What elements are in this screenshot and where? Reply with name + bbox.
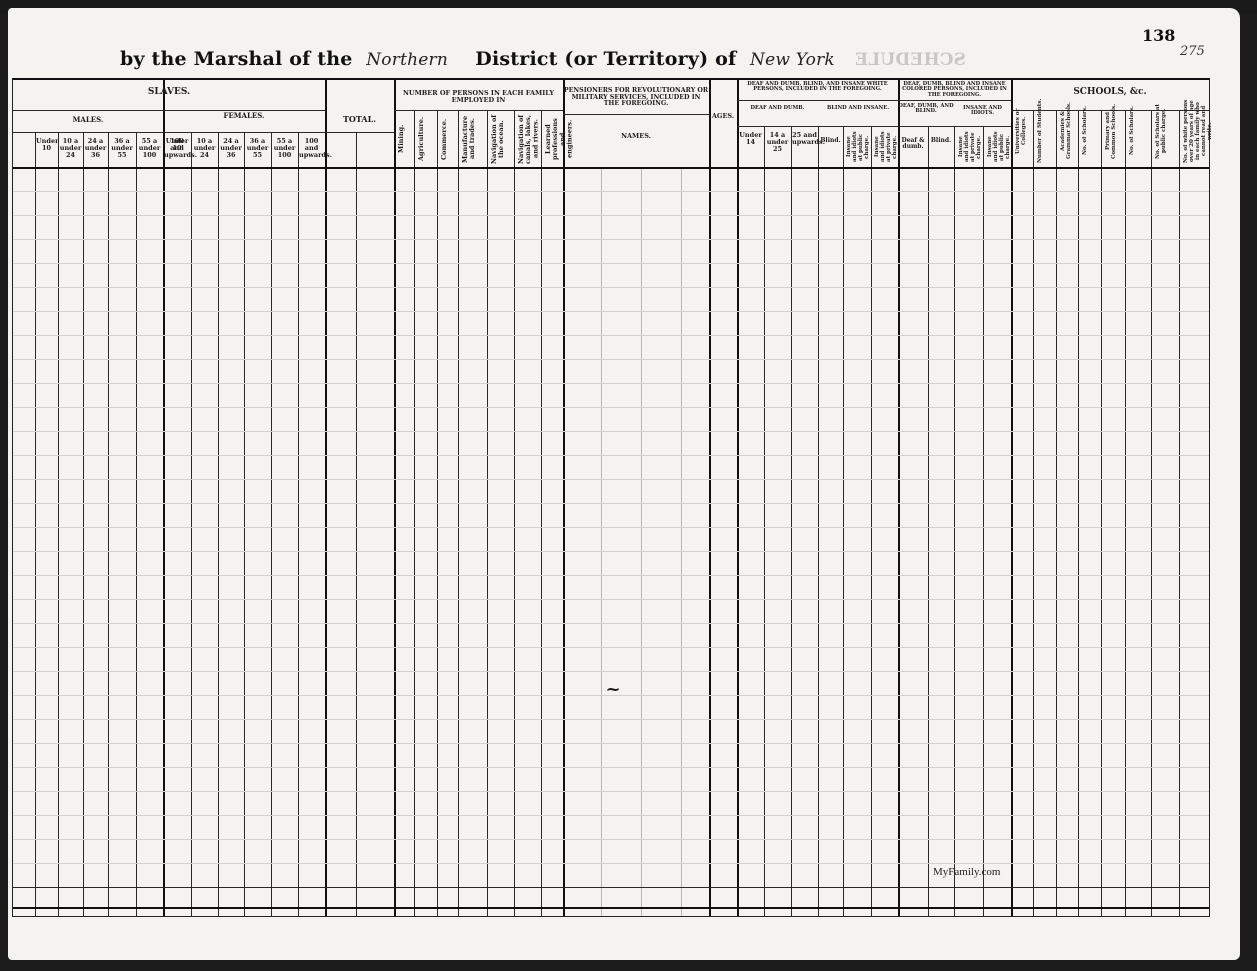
row-ruling [13,407,1209,408]
row-ruling [13,383,1209,384]
row-ruling [13,839,1209,840]
column-divider [541,110,542,916]
employed-col-header: Manufacture and trades. [462,114,485,164]
column-divider [928,126,929,916]
insane-col-header: Insane and idiots at private charge. [874,130,895,164]
row-ruling [13,791,1209,792]
column-divider [437,110,438,916]
header-rule [13,132,325,133]
page-margin [8,924,1240,960]
male-age-col-header: Under 10 [36,138,57,152]
employed-col-header: Agriculture. [418,114,435,164]
row-ruling [13,311,1209,312]
column-divider [1125,110,1126,916]
column-divider [356,132,357,916]
page-number-handwritten: 275 [1180,44,1205,59]
row-ruling [13,815,1209,816]
male-age-col-header: 36 a under 55 [109,138,135,158]
row-ruling [13,239,1209,240]
header-rule [13,110,325,111]
school-col-header: Universities or Colleges. [1015,98,1031,164]
district-handwritten: Northern [366,50,448,70]
column-divider [136,132,137,916]
column-divider [818,126,819,916]
row-ruling [13,719,1209,720]
deaf-age-col-header: 25 and upwards. [792,132,817,146]
column-divider [1056,110,1057,916]
school-col-header: No. of white persons over 20 years of ag… [1183,98,1207,164]
header-rule [394,110,563,111]
deaf-white-header: DEAF AND DUMB, BLIND, AND INSANE WHITE P… [737,82,898,93]
deaf-age-col-header: Under 14 [738,132,763,146]
ages-header: AGES. [709,113,737,120]
row-ruling [13,191,1209,192]
column-divider [35,132,36,916]
slaves-header: SLAVES. [13,88,325,97]
row-ruling [13,551,1209,552]
male-age-col-header: 100 and upwards. [164,138,190,158]
row-ruling [13,767,1209,768]
header-bottom-rule [13,167,1209,169]
ghost-heading: SCHEDULE [855,50,966,70]
table-bottom-rule [13,907,1209,909]
employed-col-header: Learned professions and engineers. [545,114,561,164]
school-col-header: Primary and Common Schools. [1105,98,1123,164]
column-divider [1033,110,1034,916]
column-divider [244,132,245,916]
row-ruling [13,743,1209,744]
row-ruling [13,863,1209,864]
column-divider [271,132,272,916]
deaf-colored-header: DEAF, DUMB, BLIND AND INSANE COLORED PER… [898,82,1011,98]
blind-and-insane-header: BLIND AND INSANE. [818,106,898,111]
column-divider [764,126,765,916]
deaf-dumb-blind-header: DEAF, DUMB, AND BLIND. [898,104,954,115]
column-divider [871,126,872,916]
column-divider [1101,110,1102,916]
header-rule [737,126,1011,127]
colored-deaf-col-header: Deaf & dumb. [899,138,927,151]
column-divider [791,126,792,916]
watermark: MyFamily.com [933,866,1000,878]
females-header: FEMALES. [163,112,325,119]
employed-col-header: Navigation of the ocean. [491,114,512,164]
column-divider [487,110,488,916]
row-ruling [13,647,1209,648]
ruling-line [641,167,642,916]
state-handwritten: New York [750,50,835,70]
row-ruling [13,671,1209,672]
school-col-header: Number of Students. [1037,98,1054,164]
ruling-line [681,167,682,916]
column-divider [458,110,459,916]
census-table: SLAVES.MALES.FEMALES.TOTAL.Under 10Under… [12,78,1210,917]
column-divider [83,132,84,916]
row-ruling [13,215,1209,216]
row-ruling [13,599,1209,600]
column-divider [1151,110,1152,916]
school-col-header: No. of Scholars at public charge. [1155,98,1177,164]
title-prefix: by the Marshal of the [120,48,353,70]
header-rule [325,132,394,133]
employed-col-header: Mining. [398,114,412,164]
pensioners-header: PENSIONERS FOR REVOLUTIONARY OR MILITARY… [563,88,709,108]
female-age-col-header: 100 and upwards. [299,138,324,158]
header-rule [563,114,709,115]
page-number: 138 [1142,26,1175,45]
header-rule [737,100,1011,101]
totals-rule [13,887,1209,888]
female-age-col-header: 55 a under 100 [272,138,297,158]
column-divider [1078,110,1079,916]
column-divider [954,126,955,916]
males-header: MALES. [13,116,163,123]
column-divider [514,110,515,916]
employed-col-header: Commerce. [441,114,456,164]
column-divider [414,110,415,916]
deaf-age-col-header: 14 a under 25 [765,132,790,152]
colored-deaf-col-header: Blind. [929,138,953,144]
insane-col-header: Insane and idiots at public charge. [846,130,868,164]
row-ruling [13,431,1209,432]
female-age-col-header: 36 a under 55 [245,138,270,158]
blind-col-header: Blind. [819,138,842,144]
male-age-col-header: 55 a under 100 [137,138,162,158]
row-ruling [13,527,1209,528]
ruling-line [601,167,602,916]
school-col-header: Academies & Grammar Schools. [1060,98,1076,164]
male-age-col-header: 10 a under 24 [59,138,82,158]
column-divider [191,132,192,916]
ditto-mark: ~ [601,679,625,700]
employed-col-header: Navigation of canals, lakes, and rivers. [518,114,539,164]
row-ruling [13,575,1209,576]
column-divider [983,126,984,916]
deaf-and-dumb-header: DEAF AND DUMB. [737,106,818,111]
school-col-header: No. of Scholars. [1129,98,1149,164]
column-divider [843,126,844,916]
column-divider [108,132,109,916]
names-header: NAMES. [563,133,709,140]
title-middle: District (or Territory) of [475,48,736,70]
colored-insane-col-header: Insane and idiots at public charge. [987,130,1007,164]
colored-insane-col-header: Insane and idiots at private charge. [958,130,979,164]
female-age-col-header: 24 a under 36 [219,138,243,158]
row-ruling [13,623,1209,624]
column-divider [58,132,59,916]
total-header: TOTAL. [325,115,394,123]
row-ruling [13,359,1209,360]
row-ruling [13,455,1209,456]
column-divider [298,132,299,916]
insane-idiots-header: INSANE AND IDIOTS. [954,106,1011,117]
page-title: by the Marshal of the Northern District … [120,48,966,70]
employed-header: NUMBER OF PERSONS IN EACH FAMILY EMPLOYE… [394,90,563,104]
male-age-col-header: 24 a under 36 [84,138,107,158]
row-ruling [13,479,1209,480]
column-divider [1179,110,1180,916]
row-ruling [13,503,1209,504]
row-ruling [13,287,1209,288]
row-ruling [13,335,1209,336]
school-col-header: No. of Scholars. [1082,98,1099,164]
row-ruling [13,263,1209,264]
column-divider [218,132,219,916]
schools-header: SCHOOLS, &c. [1011,88,1209,97]
